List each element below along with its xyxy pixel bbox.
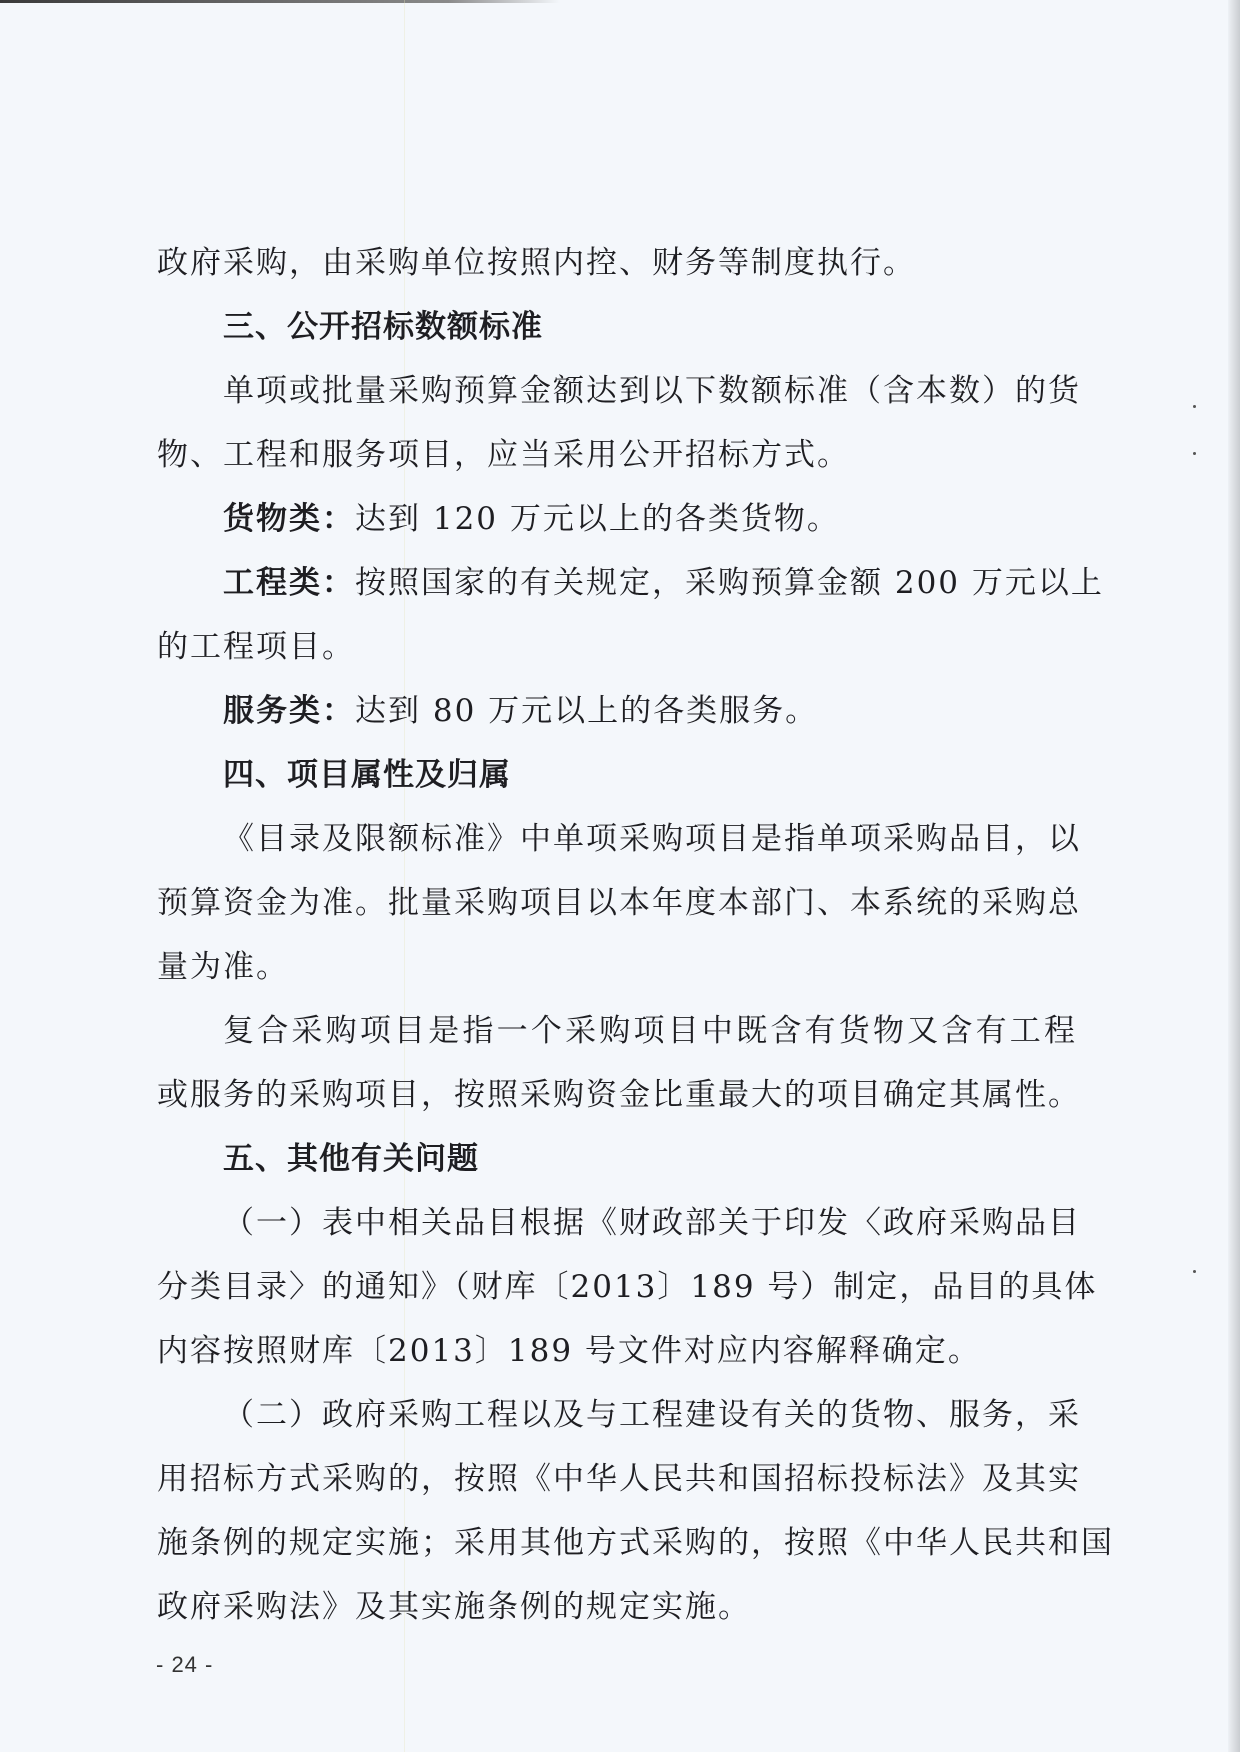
threshold-text-services: 达到 80 万元以上的各类服务。 (355, 693, 818, 729)
paragraph-line: 单项或批量采购预算金额达到以下数额标准（含本数）的货 (223, 371, 1077, 411)
paragraph-line: 分类目录〉的通知》（财库〔2013〕189 号）制定，品目的具体 (157, 1267, 1077, 1307)
paragraph-line: 施条例的规定实施；采用其他方式采购的，按照《中华人民共和国 (157, 1523, 1077, 1563)
threshold-goods: 货物类：达到 120 万元以上的各类货物。 (223, 499, 840, 539)
threshold-label-services: 服务类： (223, 693, 355, 729)
page-number: - 24 - (156, 1652, 213, 1678)
paragraph-line: 用招标方式采购的，按照《中华人民共和国招标投标法》及其实 (157, 1459, 1077, 1499)
paragraph-line: （二）政府采购工程以及与工程建设有关的货物、服务，采 (223, 1395, 1077, 1435)
paragraph-line: 《目录及限额标准》中单项采购项目是指单项采购品目，以 (223, 819, 1077, 859)
section-heading-other-issues: 五、其他有关问题 (223, 1139, 479, 1179)
scan-edge-top (0, 0, 560, 3)
scan-speck (1193, 405, 1196, 408)
section-heading-public-tender-thresholds: 三、公开招标数额标准 (223, 307, 543, 347)
threshold-label-goods: 货物类： (223, 501, 355, 537)
scan-speck (1193, 452, 1196, 455)
threshold-text-goods: 达到 120 万元以上的各类货物。 (355, 501, 840, 537)
paragraph-line: 量为准。 (157, 947, 289, 987)
section-heading-project-attributes: 四、项目属性及归属 (223, 755, 511, 795)
paragraph-line: 的工程项目。 (157, 627, 355, 667)
paragraph-line: （一）表中相关品目根据《财政部关于印发〈政府采购品目 (223, 1203, 1077, 1243)
paragraph-line: 复合采购项目是指一个采购项目中既含有货物又含有工程 (223, 1011, 1077, 1051)
threshold-label-works: 工程类： (223, 565, 355, 601)
paragraph-line: 政府采购，由采购单位按照内控、财务等制度执行。 (157, 243, 916, 283)
threshold-services: 服务类：达到 80 万元以上的各类服务。 (223, 691, 818, 731)
paragraph-line: 预算资金为准。批量采购项目以本年度本部门、本系统的采购总 (157, 883, 1077, 923)
paragraph-line: 物、工程和服务项目，应当采用公开招标方式。 (157, 435, 850, 475)
threshold-works: 工程类：按照国家的有关规定，采购预算金额 200 万元以上 (223, 563, 1077, 603)
paragraph-line: 或服务的采购项目，按照采购资金比重最大的项目确定其属性。 (157, 1075, 1077, 1115)
threshold-text-works: 按照国家的有关规定，采购预算金额 200 万元以上 (355, 565, 1104, 601)
scan-edge-right (1228, 0, 1240, 1752)
scan-speck (1193, 1270, 1196, 1273)
paragraph-line: 政府采购法》及其实施条例的规定实施。 (157, 1587, 751, 1627)
paragraph-line: 内容按照财库〔2013〕189 号文件对应内容解释确定。 (157, 1331, 981, 1371)
